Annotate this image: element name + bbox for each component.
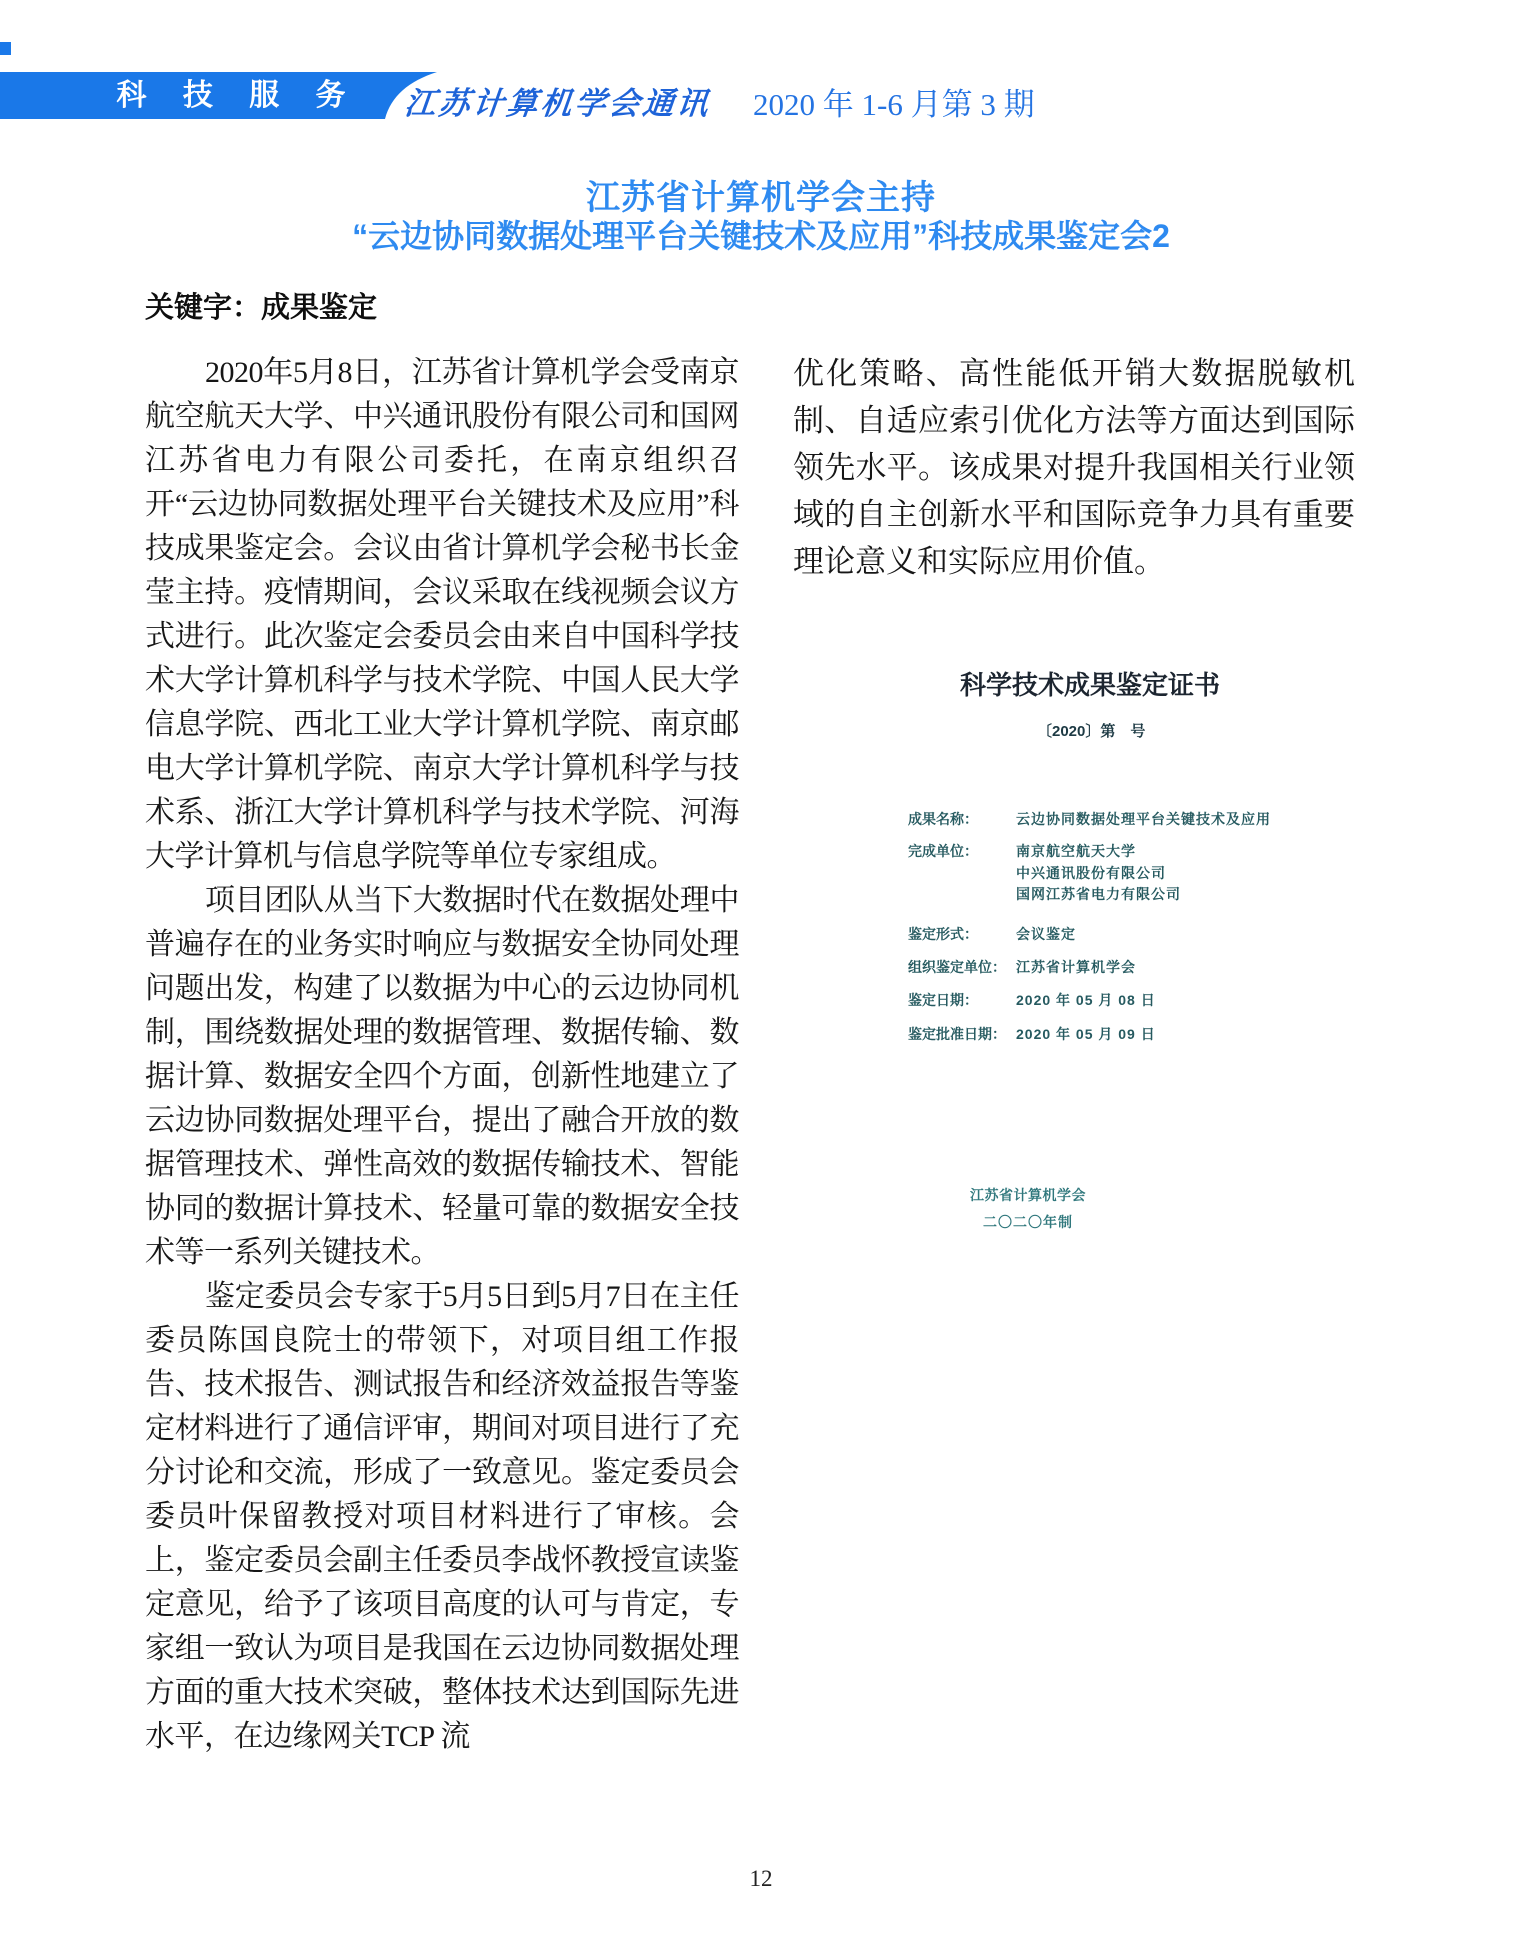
- paragraph-1: 2020年5月8日，江苏省计算机学会受南京航空航天大学、中兴通讯股份有限公司和国…: [145, 351, 739, 879]
- issue-label: 2020 年 1-6 月第 3 期: [753, 79, 1035, 124]
- section-label: 科 技 服 务: [88, 72, 388, 119]
- certificate-issuer: 江苏省计算机学会: [928, 1186, 1128, 1204]
- cert-field-appraisal-form: 鉴定形式：会议鉴定: [908, 924, 1328, 944]
- certificate-made-year: 二〇二〇年制: [928, 1213, 1128, 1231]
- cert-field-appraisal-date: 鉴定日期：2020 年 05 月 08 日: [908, 990, 1328, 1010]
- cert-field-value: 云边协同数据处理平台关键技术及应用: [1016, 809, 1271, 829]
- certificate-footer: 江苏省计算机学会 二〇二〇年制: [928, 1186, 1128, 1231]
- cert-unit-line: 南京航空航天大学: [1016, 841, 1181, 863]
- cert-field-result-name: 成果名称：云边协同数据处理平台关键技术及应用: [908, 809, 1328, 829]
- cert-field-label: 鉴定日期：: [908, 990, 1016, 1010]
- cert-field-value: 江苏省计算机学会: [1016, 957, 1136, 977]
- cert-field-label: 组织鉴定单位：: [908, 957, 1016, 977]
- certificate-title: 科学技术成果鉴定证书: [960, 665, 1220, 702]
- newsletter-title: 江苏计算机学会通讯: [403, 78, 714, 123]
- paragraph-4: 优化策略、高性能低开销大数据脱敏机制、自适应索引优化方法等方面达到国际领先水平。…: [793, 350, 1355, 585]
- article-title-line2: “云边协同数据处理平台关键技术及应用”科技成果鉴定会2: [0, 211, 1522, 257]
- cert-field-label: 鉴定批准日期：: [908, 1024, 1016, 1044]
- cert-field-label: 成果名称：: [908, 809, 1016, 829]
- scan-artifact-dot: [0, 42, 11, 55]
- cert-field-completing-units: 完成单位： 南京航空航天大学 中兴通讯股份有限公司 国网江苏省电力有限公司: [908, 841, 1328, 906]
- certificate-number-line: 〔2020〕第 号: [1037, 720, 1145, 741]
- cert-unit-line: 国网江苏省电力有限公司: [1016, 884, 1181, 906]
- cert-field-value: 2020 年 05 月 09 日: [1016, 1024, 1156, 1044]
- left-column: 2020年5月8日，江苏省计算机学会受南京航空航天大学、中兴通讯股份有限公司和国…: [145, 351, 739, 1759]
- cert-field-organizer: 组织鉴定单位：江苏省计算机学会: [908, 957, 1328, 977]
- cert-field-value: 2020 年 05 月 08 日: [1016, 990, 1156, 1010]
- cert-field-approval-date: 鉴定批准日期：2020 年 05 月 09 日: [908, 1024, 1328, 1044]
- cert-field-value: 会议鉴定: [1016, 924, 1076, 944]
- page-number: 12: [0, 1866, 1522, 1892]
- cert-unit-line: 中兴通讯股份有限公司: [1016, 863, 1181, 885]
- paragraph-2: 项目团队从当下大数据时代在数据处理中普遍存在的业务实时响应与数据安全协同处理问题…: [145, 879, 739, 1275]
- right-column: 优化策略、高性能低开销大数据脱敏机制、自适应索引优化方法等方面达到国际领先水平。…: [793, 350, 1355, 585]
- cert-field-value: 南京航空航天大学 中兴通讯股份有限公司 国网江苏省电力有限公司: [1016, 841, 1181, 906]
- cert-field-label: 完成单位：: [908, 841, 1016, 861]
- cert-field-label: 鉴定形式：: [908, 924, 1016, 944]
- keywords-line: 关键字：成果鉴定: [145, 285, 377, 326]
- paragraph-3: 鉴定委员会专家于5月5日到5月7日在主任委员陈国良院士的带领下，对项目组工作报告…: [145, 1275, 739, 1759]
- document-page: 科 技 服 务 江苏计算机学会通讯 2020 年 1-6 月第 3 期 江苏省计…: [0, 0, 1522, 1953]
